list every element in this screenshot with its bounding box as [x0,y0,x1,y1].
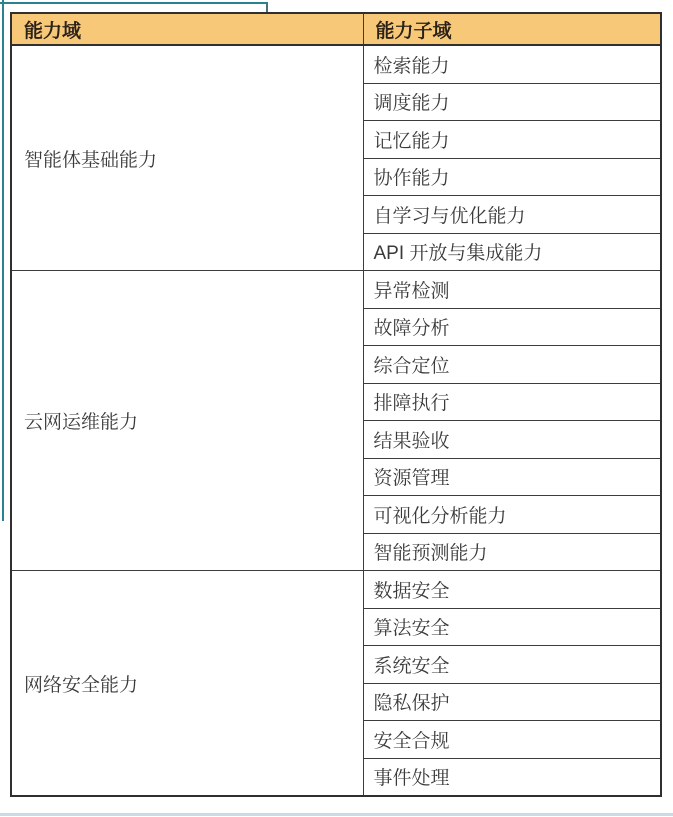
page-bottom-divider [0,813,673,816]
domain-cell-agent-basic: 智能体基础能力 [11,45,363,271]
capability-table: 能力域 能力子域 智能体基础能力 检索能力 调度能力 记忆能力 协作能力 自学习… [10,12,662,797]
textbox-outline-top-line [0,2,268,4]
subdomain-cell: 排障执行 [363,383,661,421]
subdomain-cell: 综合定位 [363,346,661,384]
subdomain-cell: 智能预测能力 [363,533,661,571]
subdomain-cell: 协作能力 [363,158,661,196]
subdomain-cell: 自学习与优化能力 [363,196,661,234]
textbox-outline-left-line [2,0,4,521]
subdomain-cell: 数据安全 [363,571,661,609]
subdomain-cell: 安全合规 [363,721,661,759]
document-page: 能力域 能力子域 智能体基础能力 检索能力 调度能力 记忆能力 协作能力 自学习… [0,0,673,817]
column-header-domain: 能力域 [11,13,363,45]
textbox-outline-corner-hook [266,4,268,12]
subdomain-cell: 调度能力 [363,83,661,121]
subdomain-cell: 结果验收 [363,421,661,459]
subdomain-cell: 检索能力 [363,45,661,83]
domain-cell-cloud-network-ops: 云网运维能力 [11,271,363,571]
subdomain-cell: API 开放与集成能力 [363,233,661,271]
subdomain-cell: 事件处理 [363,758,661,796]
table-row: 网络安全能力 数据安全 [11,571,661,609]
subdomain-cell: 记忆能力 [363,121,661,159]
column-header-subdomain: 能力子域 [363,13,661,45]
subdomain-cell: 算法安全 [363,608,661,646]
table-row: 智能体基础能力 检索能力 [11,45,661,83]
subdomain-cell: 资源管理 [363,458,661,496]
table-row: 云网运维能力 异常检测 [11,271,661,309]
subdomain-cell: 系统安全 [363,646,661,684]
subdomain-cell: 隐私保护 [363,683,661,721]
header-row: 能力域 能力子域 [11,13,661,45]
subdomain-cell: 可视化分析能力 [363,496,661,534]
subdomain-cell: 异常检测 [363,271,661,309]
subdomain-cell: 故障分析 [363,308,661,346]
domain-cell-network-security: 网络安全能力 [11,571,363,797]
